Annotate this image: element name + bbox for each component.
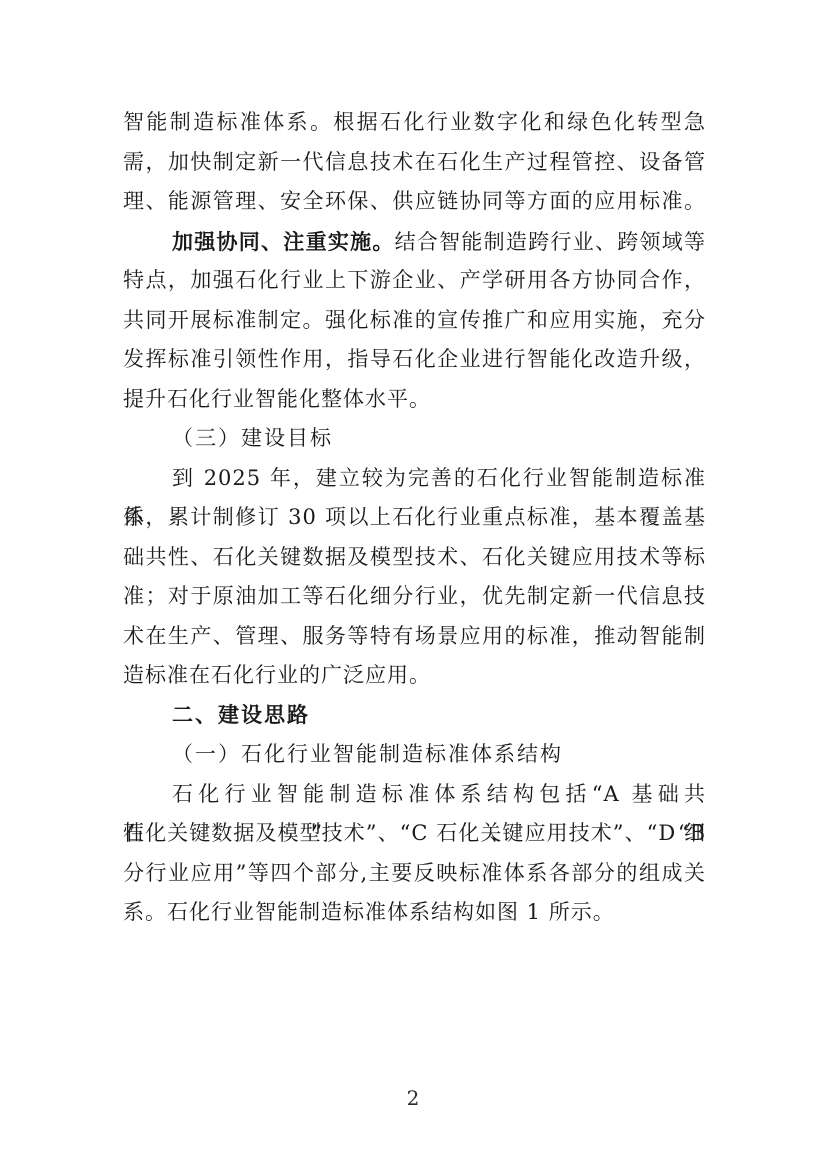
text-segment: 石化关键数据及模型技术”、“C 石化关键应用技术”、“D 细 xyxy=(123,821,706,845)
bold-text-segment: 二、建设思路 xyxy=(172,703,310,727)
page-number: 2 xyxy=(0,1083,826,1113)
body-line: 共同开展标准制定。强化标准的宣传推广和应用实施，充分 xyxy=(123,301,706,341)
text-segment: （三）建设目标 xyxy=(172,426,333,450)
text-segment: （一）石化行业智能制造标准体系结构 xyxy=(172,742,563,766)
text-segment: 础共性、石化关键数据及模型技术、石化关键应用技术等标 xyxy=(123,545,706,569)
text-segment: 发挥标准引领性作用，指导石化企业进行智能化改造升级， xyxy=(123,347,706,371)
body-line: 础共性、石化关键数据及模型技术、石化关键应用技术等标 xyxy=(123,538,706,578)
text-segment: 提升石化行业智能化整体水平。 xyxy=(123,387,431,411)
body-line: 术在生产、管理、服务等特有场景应用的标准，推动智能制 xyxy=(123,617,706,657)
text-segment: 特点，加强石化行业上下游企业、产学研用各方协同合作， xyxy=(123,268,706,292)
body-line: 需，加快制定新一代信息技术在石化生产过程管控、设备管 xyxy=(123,143,706,183)
body-line: 到 2025 年，建立较为完善的石化行业智能制造标准体 xyxy=(123,459,706,499)
text-segment: 共同开展标准制定。强化标准的宣传推广和应用实施，充分 xyxy=(123,308,706,332)
body-line: 智能制造标准体系。根据石化行业数字化和绿色化转型急 xyxy=(123,103,706,143)
text-block: 智能制造标准体系。根据石化行业数字化和绿色化转型急需，加快制定新一代信息技术在石… xyxy=(123,103,706,933)
section-heading: 二、建设思路 xyxy=(123,696,706,736)
text-segment: 需，加快制定新一代信息技术在石化生产过程管控、设备管 xyxy=(123,150,706,174)
body-line: 造标准在石化行业的广泛应用。 xyxy=(123,656,706,696)
body-line: 提升石化行业智能化整体水平。 xyxy=(123,380,706,420)
body-line: 石化行业智能制造标准体系结构包括“A 基础共性”、“B xyxy=(123,775,706,815)
text-segment: 术在生产、管理、服务等特有场景应用的标准，推动智能制 xyxy=(123,624,706,648)
subsection-heading: （三）建设目标 xyxy=(123,419,706,459)
bold-text-segment: 加强协同、注重实施。 xyxy=(172,229,395,254)
text-segment: 分行业应用”等四个部分,主要反映标准体系各部分的组成关 xyxy=(123,861,706,885)
text-segment: 系，累计制修订 30 项以上石化行业重点标准，基本覆盖基 xyxy=(123,505,706,529)
body-line: 特点，加强石化行业上下游企业、产学研用各方协同合作， xyxy=(123,261,706,301)
text-segment: 智能制造标准体系。根据石化行业数字化和绿色化转型急 xyxy=(123,110,706,134)
text-segment: 准；对于原油加工等石化细分行业，优先制定新一代信息技 xyxy=(123,584,706,608)
text-segment: 系。石化行业智能制造标准体系结构如图 1 所示。 xyxy=(123,900,615,924)
body-line: 系，累计制修订 30 项以上石化行业重点标准，基本覆盖基 xyxy=(123,498,706,538)
text-segment: 结合智能制造跨行业、跨领域等 xyxy=(395,230,706,254)
subsection-heading: （一）石化行业智能制造标准体系结构 xyxy=(123,735,706,775)
body-line: 加强协同、注重实施。结合智能制造跨行业、跨领域等 xyxy=(123,222,706,262)
text-segment: 造标准在石化行业的广泛应用。 xyxy=(123,663,431,687)
body-line: 系。石化行业智能制造标准体系结构如图 1 所示。 xyxy=(123,893,706,933)
body-line: 发挥标准引领性作用，指导石化企业进行智能化改造升级， xyxy=(123,340,706,380)
body-line: 准；对于原油加工等石化细分行业，优先制定新一代信息技 xyxy=(123,577,706,617)
body-line: 石化关键数据及模型技术”、“C 石化关键应用技术”、“D 细 xyxy=(123,814,706,854)
text-segment: 理、能源管理、安全环保、供应链协同等方面的应用标准。 xyxy=(123,189,706,213)
body-line: 分行业应用”等四个部分,主要反映标准体系各部分的组成关 xyxy=(123,854,706,894)
document-page: 智能制造标准体系。根据石化行业数字化和绿色化转型急需，加快制定新一代信息技术在石… xyxy=(0,0,826,1169)
body-line: 理、能源管理、安全环保、供应链协同等方面的应用标准。 xyxy=(123,182,706,222)
